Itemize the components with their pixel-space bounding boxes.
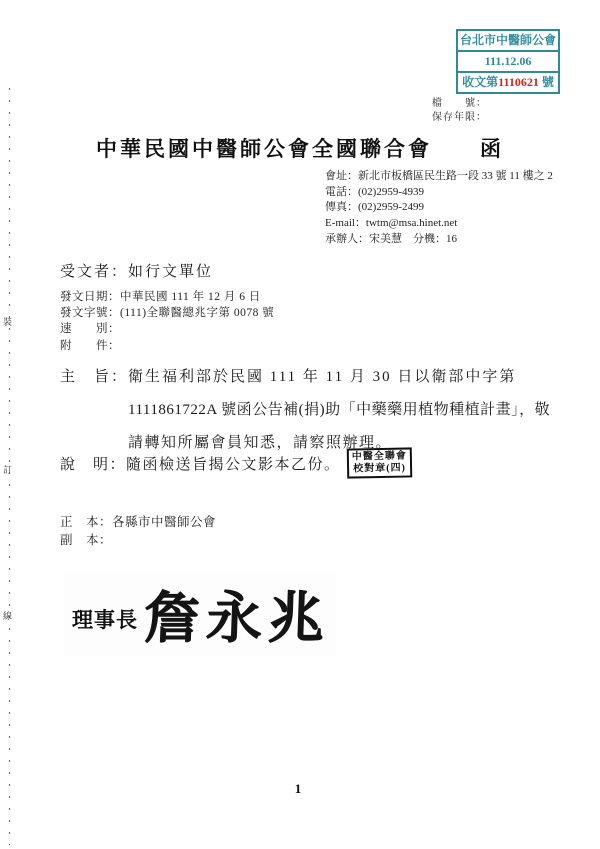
- proofread-stamp-line2: 校對章(四): [352, 463, 407, 476]
- binding-mark-ding: 訂: [3, 466, 12, 475]
- description-label: 說 明：: [60, 457, 126, 473]
- subject-text-line: 衛生福利部於民國 111 年 11 月 30 日以衛部中字第: [128, 361, 550, 394]
- received-stamp-org: 台北市中醫師公會: [458, 31, 558, 52]
- received-stamp-date: 111.12.06: [458, 52, 558, 73]
- received-stamp-number: 1110621: [498, 75, 539, 89]
- org-contact-person: 承辦人：宋美慧 分機：16: [325, 232, 553, 248]
- org-phone: 電話：(02)2959-4939: [325, 185, 553, 201]
- description-section: 說 明：隨函檢送旨揭公文影本乙份。: [60, 453, 341, 474]
- received-stamp-number-suffix: 號: [539, 75, 554, 89]
- document-title: 中華民國中醫師公會全國聯合會 函: [0, 133, 600, 163]
- issue-number-line: 發文字號：(111)全聯醫總兆字第 0078 號: [60, 305, 274, 321]
- binding-mark-xian: 線: [3, 612, 12, 621]
- subject-section: 主 旨： 衛生福利部於民國 111 年 11 月 30 日以衛部中字第 1111…: [60, 361, 545, 460]
- attachment-line: 附 件：: [60, 338, 274, 354]
- subject-text-line: 1111861722A 號函公告補(捐)助「中藥藥用植物種植計畫」，敬: [128, 394, 550, 427]
- description-text: 隨函檢送旨揭公文影本乙份。: [126, 457, 341, 473]
- org-email: E-mail：twtm@msa.hinet.net: [325, 216, 553, 232]
- cc-copy-line: 副 本：: [60, 531, 216, 549]
- page-number: 1: [0, 781, 596, 797]
- received-stamp-number-row: 收文第1110621 號: [458, 73, 558, 92]
- received-stamp: 台北市中醫師公會 111.12.06 收文第1110621 號: [456, 29, 560, 94]
- document-meta: 發文日期：中華民國 111 年 12 月 6 日 發文字號：(111)全聯醫總兆…: [60, 289, 274, 354]
- proofread-stamp: 中醫全聯會 校對章(四): [347, 447, 413, 478]
- signature-title: 理事長: [72, 604, 138, 634]
- org-fax: 傳真：(02)2959-2499: [325, 200, 553, 216]
- subject-label: 主 旨：: [60, 361, 128, 460]
- copies-section: 正 本：各縣市中醫師公會 副 本：: [60, 513, 216, 549]
- retention-period-label: 保存年限：: [432, 111, 487, 125]
- binding-mark-zhuang: 裝: [3, 318, 12, 327]
- org-address: 會址：新北市板橋區民生路一段 33 號 11 樓之 2: [325, 169, 553, 185]
- recipient-line: 受文者：如行文單位: [60, 260, 213, 281]
- signature-name: 詹永兆: [143, 574, 332, 654]
- file-number-label: 檔 號：: [432, 97, 487, 111]
- received-stamp-number-prefix: 收文第: [462, 75, 498, 89]
- original-copy-line: 正 本：各縣市中醫師公會: [60, 513, 216, 531]
- signature-block: 理事長 詹永兆: [64, 572, 336, 656]
- document-page: 裝 訂 線 台北市中醫師公會 111.12.06 收文第1110621 號 檔 …: [0, 0, 600, 849]
- issue-date-line: 發文日期：中華民國 111 年 12 月 6 日: [60, 289, 274, 305]
- file-meta: 檔 號： 保存年限：: [432, 97, 487, 125]
- org-contact-info: 會址：新北市板橋區民生路一段 33 號 11 樓之 2 電話：(02)2959-…: [325, 169, 553, 248]
- proofread-stamp-line1: 中醫全聯會: [352, 451, 407, 464]
- speed-class-line: 速 別：: [60, 321, 274, 337]
